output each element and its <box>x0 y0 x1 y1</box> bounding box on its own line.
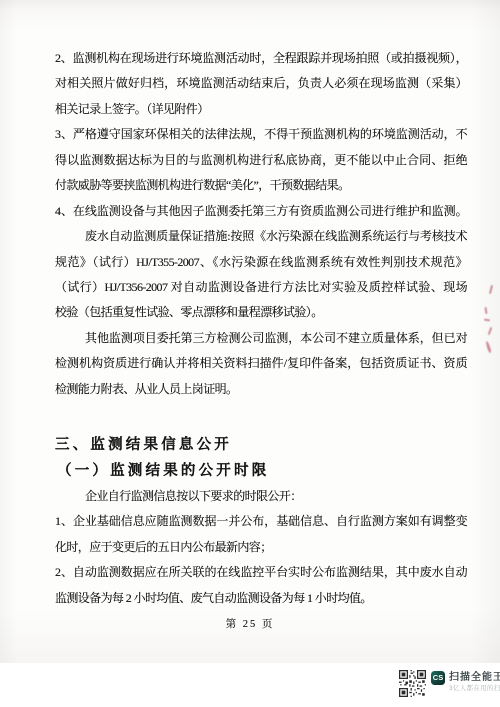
text-line: 相关记录上签字。（详见附件） <box>55 97 467 122</box>
camscanner-tagline-text: 3亿人都在用的扫描App <box>449 685 500 693</box>
text-line: 校验（包括重复性试验、零点漂移和量程漂移试验）。 <box>55 300 467 325</box>
text-line: 企业自行监测信息按以下要求的时限公开： <box>55 484 467 509</box>
text-line: 废水自动监测质量保证措施:按照《水污染源在线监测系统运行与考核技术 <box>55 224 467 249</box>
text-line: 付款威胁等要挟监测机构进行数据“美化”，干预数据结果。 <box>55 173 467 198</box>
text-line: 对相关照片做好归档，环境监测活动结束后，负责人必须在现场监测（采集） <box>55 71 467 96</box>
text-line: 检测能力附表、从业人员上岗证明。 <box>55 377 467 402</box>
qr-code-icon <box>399 670 426 697</box>
text-line: 2、自动监测数据应在所关联的在线监控平台实时公布监测结果，其中废水自动 <box>55 560 467 585</box>
page-number: 第 25 页 <box>0 616 500 631</box>
text-line: 4、在线监测设备与其他因子监测委托第三方有资质监测公司进行维护和监测。 <box>55 199 467 224</box>
text-line: 2、监测机构在现场进行环境监测活动时，全程跟踪并现场拍照（或拍摄视频）， <box>55 46 467 71</box>
scanned-page: 2、监测机构在现场进行环境监测活动时，全程跟踪并现场拍照（或拍摄视频），对相关照… <box>0 0 500 663</box>
text-line: 规范》（试行）HJ/T355-2007、《水污染源在线监测系统有效性判别技术规范… <box>55 250 467 275</box>
text-line: 检测机构资质进行确认并将相关资料扫描件/复印件备案，包括资质证书、资质 <box>55 351 467 376</box>
text-line: 1、企业基础信息应随监测数据一并公布，基础信息、自行监测方案如有调整变 <box>55 509 467 534</box>
text-line: 3、严格遵守国家环保相关的法律法规，不得干预监测机构的环境监测活动，不 <box>55 122 467 147</box>
text-line: 化时，应于变更后的五日内公布最新内容； <box>55 535 467 560</box>
text-line: 得以监测数据达标为目的与监测机构进行私底协商，更不能以中止合同、拒绝 <box>55 148 467 173</box>
text-line: 监测设备为每 2 小时均值、废气自动监测设备为每 1 小时均值。 <box>55 586 467 611</box>
camscanner-watermark: CS 扫描全能王 3亿人都在用的扫描App <box>0 663 500 707</box>
section-heading: 三、监测结果信息公开 <box>55 433 467 458</box>
red-stamp-fragment <box>481 283 497 358</box>
document-body: 2、监测机构在现场进行环境监测活动时，全程跟踪并现场拍照（或拍摄视频），对相关照… <box>55 46 467 611</box>
camscanner-logo-icon: CS <box>431 671 445 685</box>
camscanner-brand-text: 扫描全能王 <box>449 671 500 684</box>
text-line: 其他监测项目委托第三方检测公司监测，本公司不建立质量体系，但已对 <box>55 326 467 351</box>
text-line: （试行）HJ/T356-2007 对自动监测设备进行方法比对实验及质控样试验、现… <box>55 275 467 300</box>
section-heading: （一）监测结果的公开时限 <box>55 459 467 484</box>
